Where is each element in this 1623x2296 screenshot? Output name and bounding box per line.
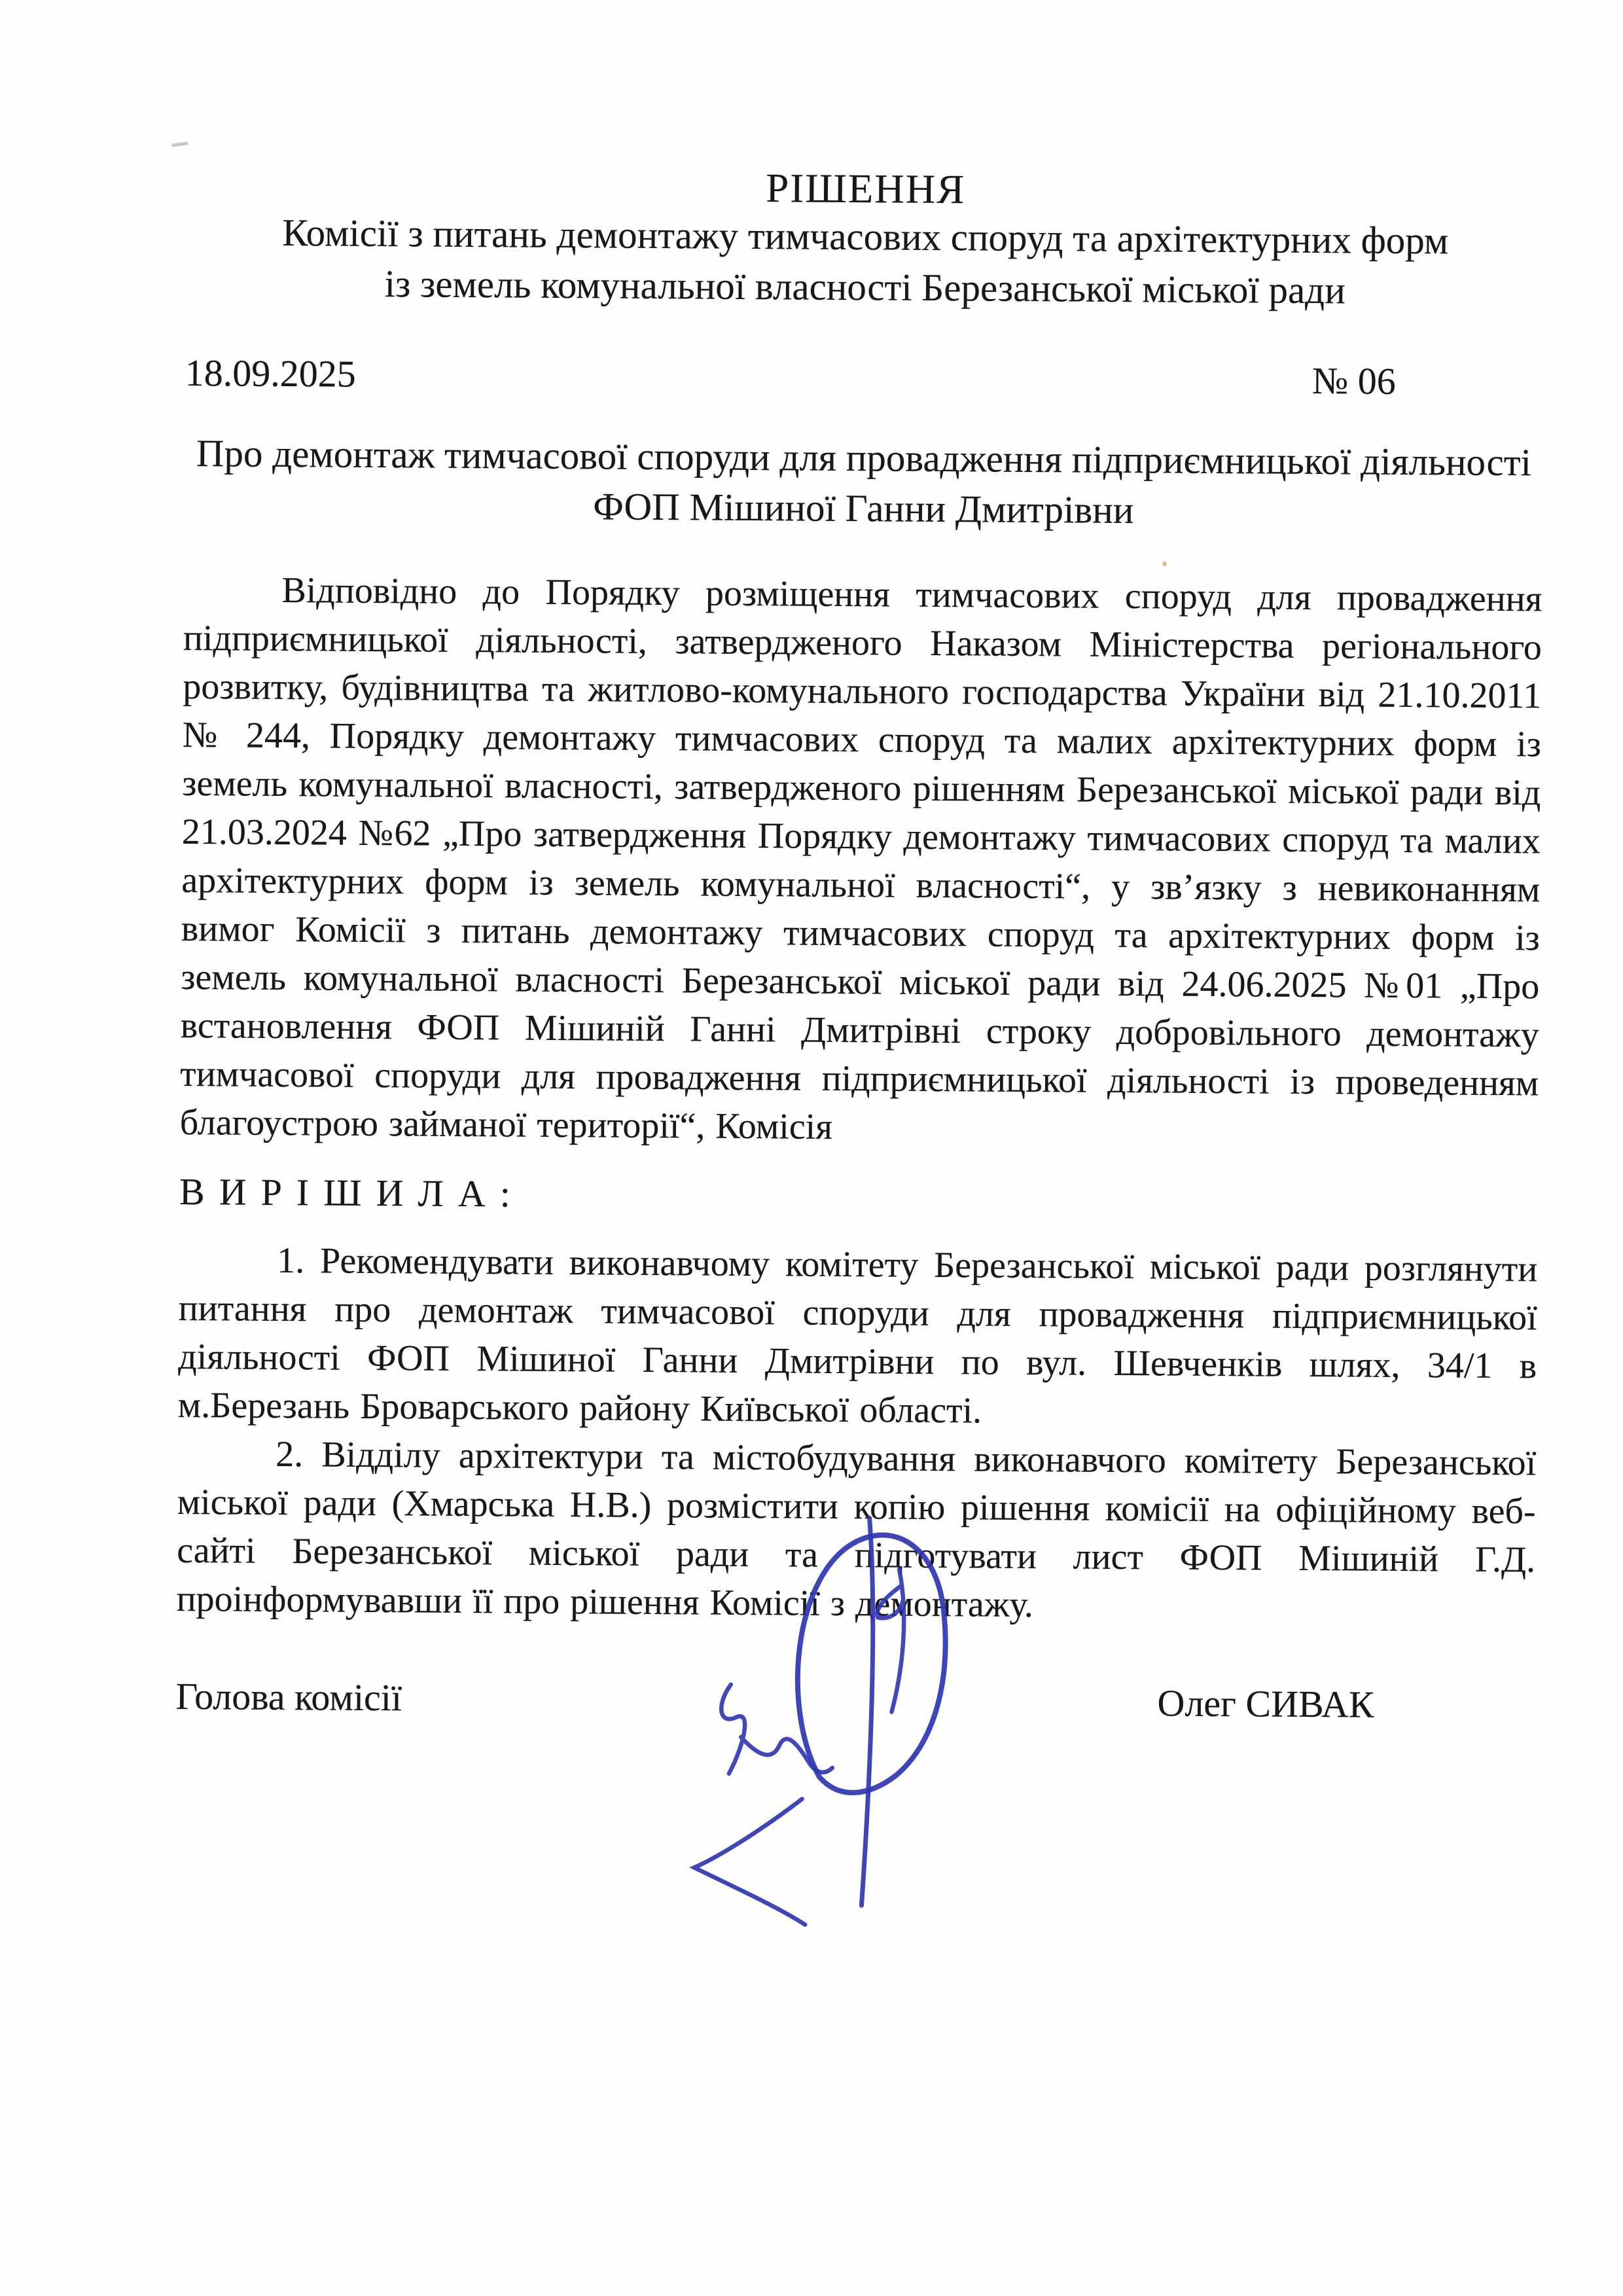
- signature-stroke: [694, 1798, 806, 1924]
- signatory-role: Голова комісії: [175, 1672, 402, 1723]
- subject-line2: ФОП Мішиної Ганни Дмитрівни: [184, 478, 1543, 538]
- decision-date: 18.09.2025: [185, 348, 357, 399]
- preamble-paragraph: Відповідно до Порядку розміщення тимчасо…: [180, 565, 1543, 1156]
- resolution-item-2: 2. Відділу архітектури та містобудування…: [176, 1429, 1536, 1632]
- decision-number: № 06: [1312, 356, 1396, 406]
- subject-line1: Про демонтаж тимчасової споруди для пров…: [185, 428, 1543, 488]
- resolution-item-1: 1. Рекомендувати виконавчому комітету Бе…: [177, 1236, 1537, 1439]
- subject-block: Про демонтаж тимчасової споруди для пров…: [184, 428, 1543, 538]
- resolved-heading: ВИРІШИЛА:: [179, 1166, 1538, 1227]
- commission-name-line2: із земель комунальної власності Березанс…: [185, 257, 1544, 317]
- signatory-name: Олег СИВАК: [1157, 1678, 1374, 1729]
- date-number-row: 18.09.2025 № 06: [185, 348, 1544, 407]
- commission-name-line1: Комісії з питань демонтажу тимчасових сп…: [186, 207, 1544, 266]
- document-content: РІШЕННЯ Комісії з питань демонтажу тимча…: [175, 164, 1545, 1731]
- document-type-title: РІШЕННЯ: [187, 164, 1545, 213]
- scan-artifact: [171, 141, 188, 147]
- document-page: РІШЕННЯ Комісії з питань демонтажу тимча…: [0, 0, 1623, 2296]
- signature-row: Голова комісії Олег СИВАК: [175, 1672, 1534, 1731]
- resolution-items: 1. Рекомендувати виконавчому комітету Бе…: [176, 1236, 1537, 1632]
